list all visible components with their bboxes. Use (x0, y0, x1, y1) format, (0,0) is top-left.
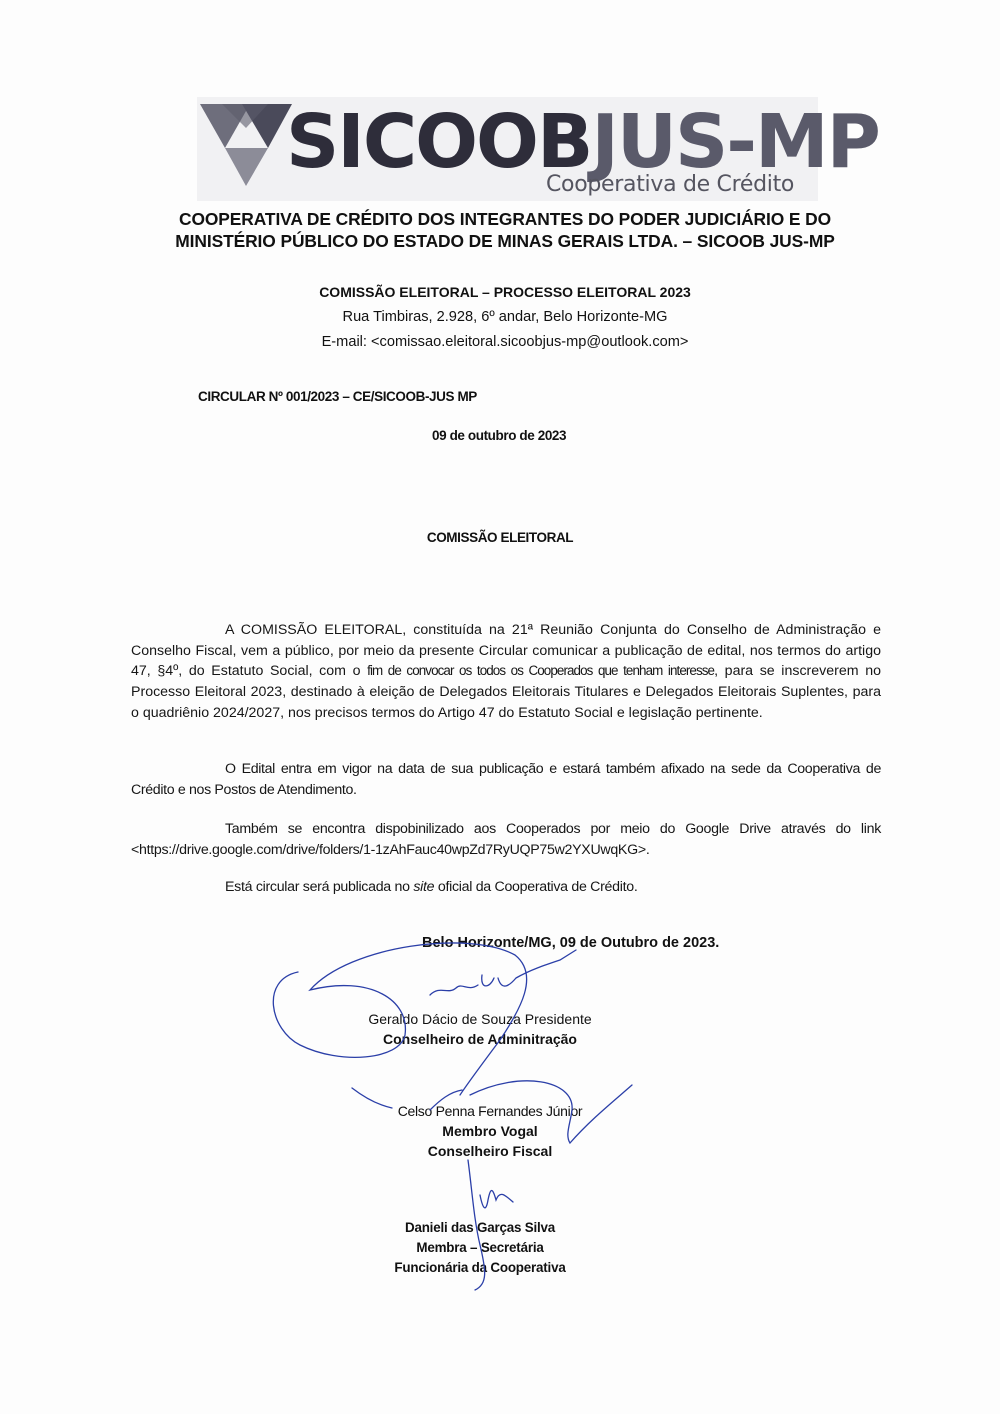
signature-block-president: Geraldo Dácio de Souza Presidente Consel… (330, 1009, 630, 1049)
paragraph-edital: O Edital entra em vigor na data de sua p… (131, 759, 881, 800)
signature-block-vogal: Celso Penna Fernandes Júnior Membro Voga… (330, 1101, 650, 1161)
signer-role: Conselheiro de Adminitração (330, 1029, 630, 1049)
commission-email: E-mail: <comissao.eleitoral.sicoobjus-mp… (250, 330, 760, 355)
paragraph-text: oficial da Cooperativa de Crédito. (434, 879, 637, 895)
signer-name: Danieli das Garças Silva (370, 1218, 590, 1238)
paragraph-text: Também se encontra dispobinilizado aos C… (225, 821, 881, 837)
paragraph-site: Está circular será publicada no site ofi… (225, 879, 637, 895)
signature-block-secretary: Danieli das Garças Silva Membra – Secret… (370, 1218, 590, 1278)
circular-date: 09 de outubro de 2023 (432, 428, 566, 443)
paragraph-text-italic: site (413, 879, 434, 895)
organization-name: COOPERATIVA DE CRÉDITO DOS INTEGRANTES D… (130, 208, 880, 252)
section-title: COMISSÃO ELEITORAL (300, 530, 700, 545)
logo-wordmark: SICOOBJUS-MP (286, 102, 879, 182)
logo-subtitle: Cooperativa de Crédito (546, 172, 794, 197)
signer-role: Conselheiro Fiscal (330, 1141, 650, 1161)
paragraph-drive-link: Também se encontra dispobinilizado aos C… (131, 819, 881, 860)
signer-role: Funcionária da Cooperativa (370, 1258, 590, 1278)
commission-address: Rua Timbiras, 2.928, 6º andar, Belo Hori… (250, 305, 760, 330)
paragraph-text: O Edital entra em vigor na data de sua p… (131, 761, 881, 798)
circular-number: CIRCULAR Nº 001/2023 – CE/SICOOB-JUS MP (198, 389, 477, 404)
signature-place-date: Belo Horizonte/MG, 09 de Outubro de 2023… (422, 935, 719, 951)
paragraph-text: Está circular será publicada no (225, 879, 413, 895)
signer-role: Membra – Secretária (370, 1238, 590, 1258)
commission-title: COMISSÃO ELEITORAL – PROCESSO ELEITORAL … (250, 280, 760, 305)
paragraph-text-condensed: fim de convocar os todos os Cooperados q… (367, 663, 714, 678)
org-name-line2: MINISTÉRIO PÚBLICO DO ESTADO DE MINAS GE… (130, 230, 880, 252)
signer-role: Membro Vogal (330, 1121, 650, 1141)
google-drive-link[interactable]: <https://drive.google.com/drive/folders/… (131, 842, 649, 858)
org-name-line1: COOPERATIVA DE CRÉDITO DOS INTEGRANTES D… (130, 208, 880, 230)
signer-name: Celso Penna Fernandes Júnior (330, 1101, 650, 1121)
signer-name: Geraldo Dácio de Souza Presidente (330, 1009, 630, 1029)
sicoob-triangle-logo-icon (198, 100, 294, 186)
document-page: SICOOBJUS-MP Cooperativa de Crédito COOP… (0, 0, 1000, 1414)
paragraph-announcement: A COMISSÃO ELEITORAL, constituída na 21ª… (131, 620, 881, 724)
commission-info: COMISSÃO ELEITORAL – PROCESSO ELEITORAL … (250, 280, 760, 355)
